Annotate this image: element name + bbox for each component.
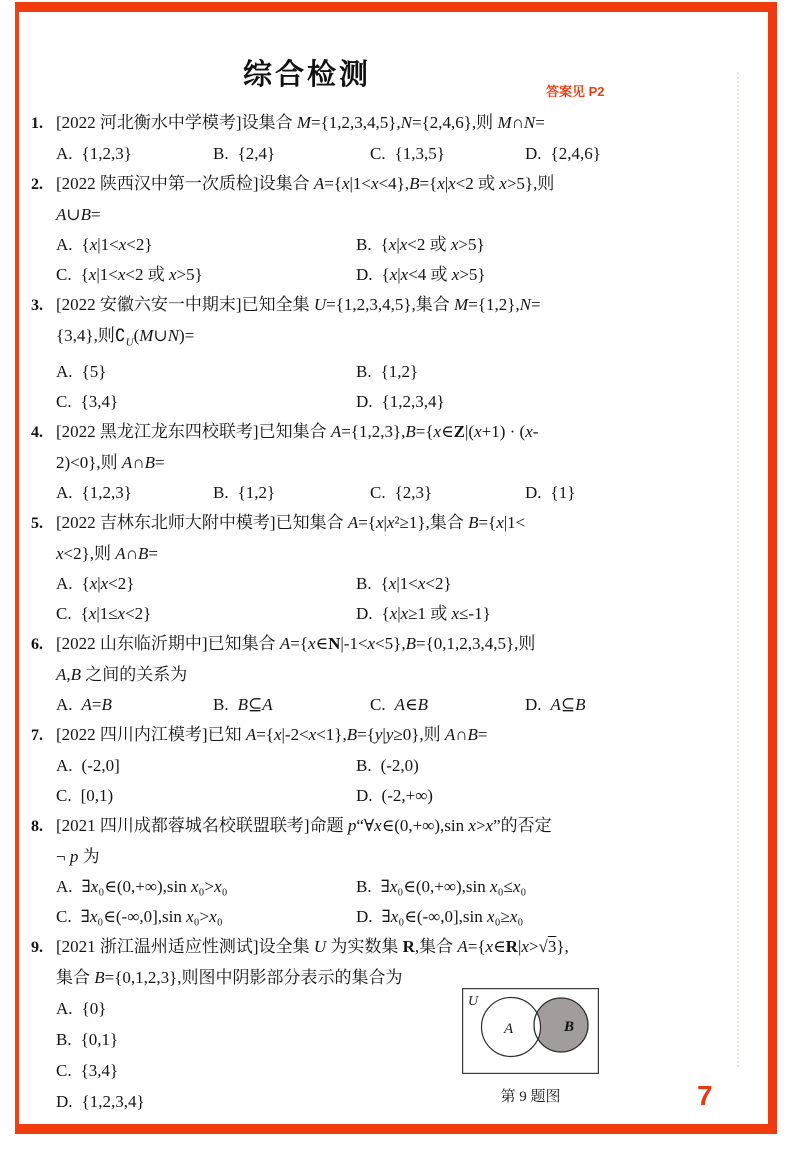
option-text: ∃x₀∈(0,+∞),sin x₀>x₀ xyxy=(82,877,228,896)
option-label: D. xyxy=(356,392,373,411)
venn-diagram: U A B xyxy=(462,988,599,1074)
option-A: A.(-2,0] xyxy=(56,751,356,781)
answer-note: 答案见 P2 xyxy=(546,81,605,100)
option-A: A.{0} xyxy=(56,993,740,1024)
option-text: B⊆A xyxy=(238,695,273,714)
option-label: B. xyxy=(213,695,229,714)
option-label: B. xyxy=(356,877,372,896)
question-5: 5.[2022 吉林东北师大附中模考]已知集合 A={x|x²≥1},集合 B=… xyxy=(31,508,740,629)
option-A: A.∃x₀∈(0,+∞),sin x₀>x₀ xyxy=(56,872,356,902)
venn-label-universe: U xyxy=(468,994,479,1009)
question-number: 8. xyxy=(31,812,56,842)
options-group: A.{1,2,3}B.{1,2}C.{2,3}D.{1} xyxy=(31,478,740,508)
question-text: [2022 四川内江模考]已知 A={x|-2<x<1},B={y|y≥0},则… xyxy=(56,725,488,744)
option-A: A.{5} xyxy=(56,357,356,387)
option-label: D. xyxy=(356,604,373,623)
question-text: [2022 吉林东北师大附中模考]已知集合 A={x|x²≥1},集合 B={x… xyxy=(56,513,525,532)
option-text: {2,3} xyxy=(395,483,433,502)
options-group: A.(-2,0]B.(-2,0)C.[0,1)D.(-2,+∞) xyxy=(31,751,740,811)
option-B: B.{1,2} xyxy=(213,478,370,508)
question-number: 7. xyxy=(31,721,56,751)
option-text: A=B xyxy=(82,695,112,714)
question-text: {3,4},则∁U(M∪N)= xyxy=(56,326,194,345)
option-text: (-2,+∞) xyxy=(382,786,433,805)
option-text: {x|x<2} xyxy=(82,574,135,593)
option-label: B. xyxy=(356,756,372,775)
page-number: 7 xyxy=(697,1080,713,1112)
option-label: A. xyxy=(56,235,73,254)
option-label: D. xyxy=(525,483,542,502)
option-text: {0,1} xyxy=(81,1030,119,1049)
page-border-frame: 综合检测 答案见 P2 1.[2022 河北衡水中学模考]设集合 M={1,2,… xyxy=(15,2,777,1134)
option-C: C.{3,4} xyxy=(56,387,356,417)
page-title: 综合检测 xyxy=(243,52,371,93)
question-text-line: {3,4},则∁U(M∪N)= xyxy=(31,321,740,357)
option-label: C. xyxy=(370,695,386,714)
option-text: {1,3,5} xyxy=(395,144,445,163)
question-3: 3.[2022 安徽六安一中期末]已知全集 U={1,2,3,4,5},集合 M… xyxy=(31,290,740,417)
option-label: A. xyxy=(56,999,73,1018)
option-text: {2,4,6} xyxy=(551,144,601,163)
question-number: 5. xyxy=(31,509,56,539)
options-group: A.∃x₀∈(0,+∞),sin x₀>x₀B.∃x₀∈(0,+∞),sin x… xyxy=(31,872,740,932)
option-D: D.{1,2,3,4} xyxy=(356,387,740,417)
question-text-line: 5.[2022 吉林东北师大附中模考]已知集合 A={x|x²≥1},集合 B=… xyxy=(31,508,740,539)
option-label: B. xyxy=(356,235,372,254)
option-text: {2,4} xyxy=(238,144,276,163)
option-label: D. xyxy=(356,265,373,284)
option-text: {1,2,3,4} xyxy=(82,1092,145,1111)
venn-caption: 第 9 题图 xyxy=(462,1085,599,1106)
option-C: C.{2,3} xyxy=(370,478,525,508)
option-B: B.B⊆A xyxy=(213,690,370,720)
option-text: {x|x<2 或 x>5} xyxy=(381,235,485,254)
question-text-line: 8.[2021 四川成都蓉城名校联盟联考]命题 p“∀x∈(0,+∞),sin … xyxy=(31,811,740,842)
option-text: (-2,0) xyxy=(381,756,419,775)
question-text-line: x<2},则 A∩B= xyxy=(31,539,740,569)
option-label: B. xyxy=(356,574,372,593)
options-group: A.{1,2,3}B.{2,4}C.{1,3,5}D.{2,4,6} xyxy=(31,139,740,169)
option-C: C.{3,4} xyxy=(56,1055,740,1086)
option-text: {x|1<x<2 或 x>5} xyxy=(81,265,203,284)
option-label: B. xyxy=(213,483,229,502)
option-C: C.{x|1<x<2 或 x>5} xyxy=(56,260,356,290)
question-1: 1.[2022 河北衡水中学模考]设集合 M={1,2,3,4,5},N={2,… xyxy=(31,108,740,169)
option-text: {x|1<x<2} xyxy=(82,235,153,254)
question-text: [2021 浙江温州适应性测试]设全集 U 为实数集 R,集合 A={x∈R|x… xyxy=(56,937,569,956)
option-label: D. xyxy=(356,907,373,926)
option-A: A.{1,2,3} xyxy=(56,478,213,508)
option-D: D.{1} xyxy=(525,478,740,508)
question-text: [2022 山东临沂期中]已知集合 A={x∈N|-1<x<5},B={0,1,… xyxy=(56,634,535,653)
option-label: D. xyxy=(356,786,373,805)
option-text: ∃x₀∈(-∞,0],sin x₀>x₀ xyxy=(81,907,223,926)
option-A: A.{x|x<2} xyxy=(56,569,356,599)
option-label: C. xyxy=(56,907,72,926)
question-text-line: 6.[2022 山东临沂期中]已知集合 A={x∈N|-1<x<5},B={0,… xyxy=(31,629,740,660)
option-text: {1,2,3} xyxy=(82,483,132,502)
option-text: {1,2} xyxy=(381,362,419,381)
option-label: C. xyxy=(56,392,72,411)
question-8: 8.[2021 四川成都蓉城名校联盟联考]命题 p“∀x∈(0,+∞),sin … xyxy=(31,811,740,932)
option-label: A. xyxy=(56,483,73,502)
option-B: B.{x|1<x<2} xyxy=(356,569,740,599)
question-text: 2)<0},则 A∩B= xyxy=(56,453,165,472)
question-text-line: ¬ p 为 xyxy=(31,842,740,872)
question-text: [2022 河北衡水中学模考]设集合 M={1,2,3,4,5},N={2,4,… xyxy=(56,113,545,132)
question-text-line: 9.[2021 浙江温州适应性测试]设全集 U 为实数集 R,集合 A={x∈R… xyxy=(31,932,740,963)
option-label: B. xyxy=(356,362,372,381)
question-number: 4. xyxy=(31,418,56,448)
question-text: [2022 黑龙江龙东四校联考]已知集合 A={1,2,3},B={x∈Z|(x… xyxy=(56,422,538,441)
option-label: B. xyxy=(56,1030,72,1049)
option-label: B. xyxy=(213,144,229,163)
option-text: {1,2} xyxy=(238,483,276,502)
question-text-line: 2)<0},则 A∩B= xyxy=(31,448,740,478)
option-label: D. xyxy=(525,695,542,714)
question-text: 集合 B={0,1,2,3},则图中阴影部分表示的集合为 xyxy=(56,968,403,987)
question-9: 9.[2021 浙江温州适应性测试]设全集 U 为实数集 R,集合 A={x∈R… xyxy=(31,932,740,1117)
option-label: C. xyxy=(56,1061,72,1080)
option-C: C.[0,1) xyxy=(56,781,356,811)
venn-label-a: A xyxy=(503,1021,514,1037)
option-text: {5} xyxy=(82,362,107,381)
question-number: 2. xyxy=(31,170,56,200)
option-label: D. xyxy=(56,1092,73,1111)
question-number: 3. xyxy=(31,291,56,321)
question-2: 2.[2022 陕西汉中第一次质检]设集合 A={x|1<x<4},B={x|x… xyxy=(31,169,740,290)
option-label: A. xyxy=(56,574,73,593)
option-D: D.A⊆B xyxy=(525,690,740,720)
option-B: B.{0,1} xyxy=(56,1024,740,1055)
question-text: [2022 安徽六安一中期末]已知全集 U={1,2,3,4,5},集合 M={… xyxy=(56,295,541,314)
option-label: A. xyxy=(56,756,73,775)
question-text-line: A∪B= xyxy=(31,200,740,230)
venn-diagram-figure: U A B 第 9 题图 xyxy=(462,988,599,1106)
question-text-line: 1.[2022 河北衡水中学模考]设集合 M={1,2,3,4,5},N={2,… xyxy=(31,108,740,139)
question-text-line: 3.[2022 安徽六安一中期末]已知全集 U={1,2,3,4,5},集合 M… xyxy=(31,290,740,321)
option-label: C. xyxy=(56,265,72,284)
option-text: ∃x₀∈(-∞,0],sin x₀≥x₀ xyxy=(382,907,524,926)
option-C: C.∃x₀∈(-∞,0],sin x₀>x₀ xyxy=(56,902,356,932)
option-label: C. xyxy=(370,144,386,163)
option-label: C. xyxy=(370,483,386,502)
question-text: ¬ p 为 xyxy=(56,847,100,866)
option-B: B.{2,4} xyxy=(213,139,370,169)
option-text: {x|x<4 或 x>5} xyxy=(382,265,486,284)
option-text: {1,2,3,4} xyxy=(382,392,445,411)
options-group: A.{x|1<x<2}B.{x|x<2 或 x>5}C.{x|1<x<2 或 x… xyxy=(31,230,740,290)
question-number: 9. xyxy=(31,933,56,963)
question-text-line: 7.[2022 四川内江模考]已知 A={x|-2<x<1},B={y|y≥0}… xyxy=(31,720,740,751)
option-text: A∈B xyxy=(395,695,428,714)
question-7: 7.[2022 四川内江模考]已知 A={x|-2<x<1},B={y|y≥0}… xyxy=(31,720,740,811)
question-text: [2021 四川成都蓉城名校联盟联考]命题 p“∀x∈(0,+∞),sin x>… xyxy=(56,816,552,835)
option-label: A. xyxy=(56,144,73,163)
question-4: 4.[2022 黑龙江龙东四校联考]已知集合 A={1,2,3},B={x∈Z|… xyxy=(31,417,740,508)
options-group: A.{0}B.{0,1}C.{3,4}D.{1,2,3,4} xyxy=(31,993,740,1117)
options-group: A.{x|x<2}B.{x|1<x<2}C.{x|1≤x<2}D.{x|x≥1 … xyxy=(31,569,740,629)
option-D: D.{2,4,6} xyxy=(525,139,740,169)
question-text-line: 集合 B={0,1,2,3},则图中阴影部分表示的集合为 xyxy=(31,963,740,993)
option-B: B.(-2,0) xyxy=(356,751,740,781)
question-text-line: A,B 之间的关系为 xyxy=(31,660,740,690)
option-text: {x|1<x<2} xyxy=(381,574,452,593)
option-B: B.{x|x<2 或 x>5} xyxy=(356,230,740,260)
option-A: A.{x|1<x<2} xyxy=(56,230,356,260)
option-text: {x|x≥1 或 x≤-1} xyxy=(382,604,491,623)
question-text: A,B 之间的关系为 xyxy=(56,665,187,684)
question-6: 6.[2022 山东临沂期中]已知集合 A={x∈N|-1<x<5},B={0,… xyxy=(31,629,740,720)
option-label: C. xyxy=(56,786,72,805)
option-B: B.{1,2} xyxy=(356,357,740,387)
option-label: C. xyxy=(56,604,72,623)
question-list: 1.[2022 河北衡水中学模考]设集合 M={1,2,3,4,5},N={2,… xyxy=(31,108,740,1117)
option-A: A.{1,2,3} xyxy=(56,139,213,169)
option-label: A. xyxy=(56,695,73,714)
option-C: C.{1,3,5} xyxy=(370,139,525,169)
question-text: [2022 陕西汉中第一次质检]设集合 A={x|1<x<4},B={x|x<2… xyxy=(56,174,554,193)
option-text: {1,2,3} xyxy=(82,144,132,163)
venn-label-b: B xyxy=(563,1019,574,1035)
option-D: D.∃x₀∈(-∞,0],sin x₀≥x₀ xyxy=(356,902,740,932)
option-A: A.A=B xyxy=(56,690,213,720)
question-text: A∪B= xyxy=(56,205,101,224)
option-text: {3,4} xyxy=(81,1061,119,1080)
question-number: 6. xyxy=(31,630,56,660)
option-text: [0,1) xyxy=(81,786,114,805)
option-text: {1} xyxy=(551,483,576,502)
option-text: A⊆B xyxy=(551,695,586,714)
option-text: {3,4} xyxy=(81,392,119,411)
option-text: (-2,0] xyxy=(82,756,120,775)
question-text: x<2},则 A∩B= xyxy=(56,544,158,563)
question-text-line: 4.[2022 黑龙江龙东四校联考]已知集合 A={1,2,3},B={x∈Z|… xyxy=(31,417,740,448)
option-C: C.{x|1≤x<2} xyxy=(56,599,356,629)
option-D: D.{x|x<4 或 x>5} xyxy=(356,260,740,290)
option-text: ∃x₀∈(0,+∞),sin x₀≤x₀ xyxy=(381,877,527,896)
option-C: C.A∈B xyxy=(370,690,525,720)
option-text: {0} xyxy=(82,999,107,1018)
option-label: D. xyxy=(525,144,542,163)
option-B: B.∃x₀∈(0,+∞),sin x₀≤x₀ xyxy=(356,872,740,902)
question-text-line: 2.[2022 陕西汉中第一次质检]设集合 A={x|1<x<4},B={x|x… xyxy=(31,169,740,200)
option-label: A. xyxy=(56,362,73,381)
option-D: D.{x|x≥1 或 x≤-1} xyxy=(356,599,740,629)
options-group: A.A=BB.B⊆AC.A∈BD.A⊆B xyxy=(31,690,740,720)
option-label: A. xyxy=(56,877,73,896)
options-group: A.{5}B.{1,2}C.{3,4}D.{1,2,3,4} xyxy=(31,357,740,417)
option-text: {x|1≤x<2} xyxy=(81,604,152,623)
option-D: D.{1,2,3,4} xyxy=(56,1086,740,1117)
question-number: 1. xyxy=(31,109,56,139)
option-D: D.(-2,+∞) xyxy=(356,781,740,811)
